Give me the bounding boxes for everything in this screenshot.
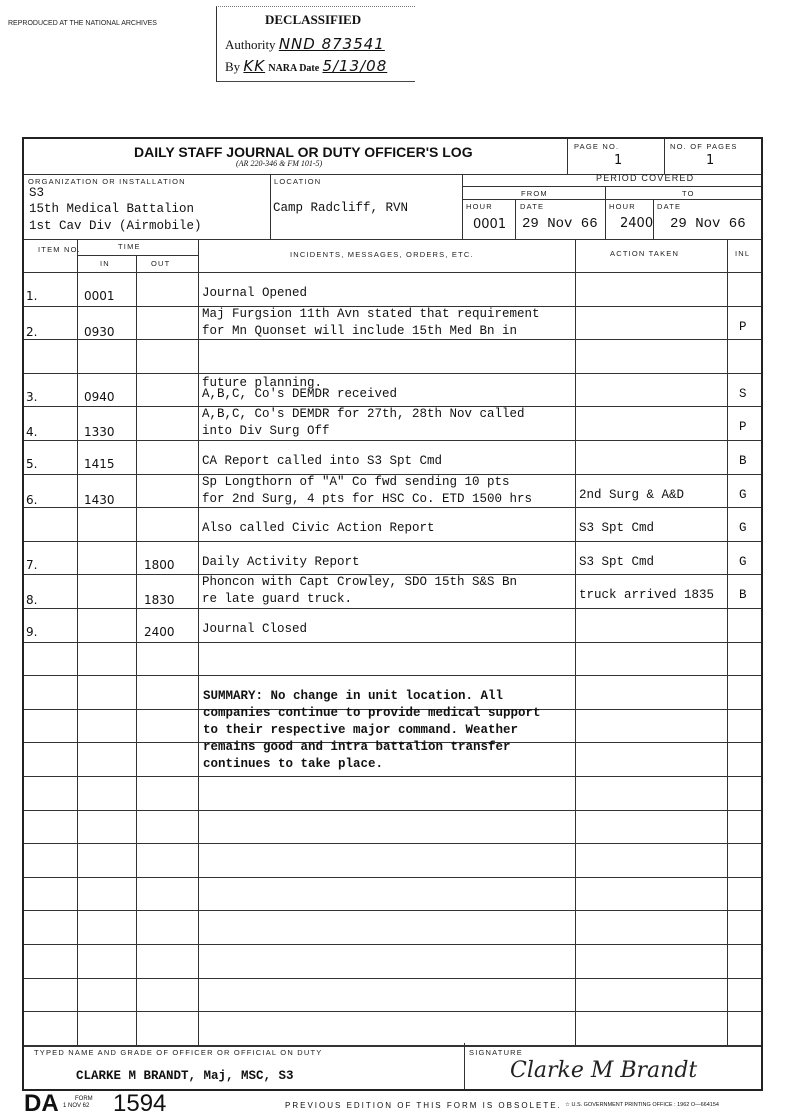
archive-note: REPRODUCED AT THE NATIONAL ARCHIVES [8, 20, 157, 27]
incident-text: Sp Longthorn of "A" Co fwd sending 10 pt… [202, 475, 510, 489]
time-in: 1415 [84, 457, 115, 471]
by-label: By [225, 59, 240, 74]
time-in: 1430 [84, 493, 115, 507]
inl-initial: G [739, 555, 747, 569]
table-row [24, 272, 761, 306]
daily-staff-journal-form: DAILY STAFF JOURNAL OR DUTY OFFICER'S LO… [22, 137, 763, 1047]
item-number: 8. [26, 593, 37, 607]
inl-initial: G [739, 521, 747, 535]
time-out: 2400 [144, 625, 175, 639]
by-line: By KK NARA Date 5/13/08 [225, 57, 387, 75]
location-label: LOCATION [274, 177, 321, 186]
inl-header: INL [735, 249, 750, 258]
authority-value: NND 873541 [279, 35, 385, 53]
item-number: 5. [26, 457, 37, 471]
inl-initial: P [739, 320, 747, 334]
form-date: 1 NOV 62 [63, 1103, 93, 1110]
from-date: 29 Nov 66 [522, 216, 598, 232]
item-no-header: ITEM NO. [38, 245, 81, 254]
signature-block: TYPED NAME AND GRADE OF OFFICER OR OFFIC… [22, 1043, 763, 1091]
form-label: FORM [63, 1096, 93, 1103]
incident-text: A,B,C, Co's DEMDR for 27th, 28th Nov cal… [202, 407, 525, 421]
from-hour: 0001 [473, 217, 506, 232]
summary-line: to their respective major command. Weath… [203, 723, 518, 737]
authority-label: Authority [225, 37, 276, 52]
incident-text: for 2nd Surg, 4 pts for HSC Co. ETD 1500… [202, 492, 532, 506]
incident-text: Maj Furgsion 11th Avn stated that requir… [202, 307, 540, 321]
action-taken: S3 Spt Cmd [579, 521, 654, 535]
nara-date-label: NARA Date [268, 63, 319, 74]
inl-initial: B [739, 588, 747, 602]
signature-label: SIGNATURE [469, 1048, 523, 1057]
incident-text: Journal Opened [202, 286, 307, 300]
incident-text: Phoncon with Capt Crowley, SDO 15th S&S … [202, 575, 517, 589]
inl-initial: B [739, 454, 747, 468]
organization-line-3: 1st Cav Div (Airmobile) [29, 219, 202, 233]
action-taken: 2nd Surg & A&D [579, 488, 684, 502]
inl-initial: S [739, 387, 747, 401]
time-header: TIME [118, 242, 141, 251]
time-out: 1830 [144, 593, 175, 607]
summary-line: companies continue to provide medical su… [203, 706, 541, 720]
item-number: 6. [26, 493, 37, 507]
incident-text: CA Report called into S3 Spt Cmd [202, 454, 442, 468]
time-in: 0930 [84, 325, 115, 339]
form-label-block: FORM 1 NOV 62 [63, 1096, 93, 1110]
inl-initial: P [739, 420, 747, 434]
inl-initial: G [739, 488, 747, 502]
from-hour-label: HOUR [466, 202, 493, 211]
nara-date-value: 5/13/08 [322, 57, 387, 75]
item-number: 2. [26, 325, 37, 339]
organization-label: ORGANIZATION OR INSTALLATION [28, 177, 186, 186]
time-in: 0001 [84, 289, 115, 303]
declassified-title: DECLASSIFIED [265, 12, 361, 28]
incident-text: A,B,C, Co's DEMDR received [202, 387, 397, 401]
item-number: 3. [26, 390, 37, 404]
time-out-header: OUT [151, 259, 170, 268]
incident-text: Daily Activity Report [202, 555, 360, 569]
incident-text: re late guard truck. [202, 592, 352, 606]
form-title: DAILY STAFF JOURNAL OR DUTY OFFICER'S LO… [134, 144, 473, 160]
incident-text: into Div Surg Off [202, 424, 330, 438]
obsolete-note: PREVIOUS EDITION OF THIS FORM IS OBSOLET… [285, 1101, 562, 1110]
period-covered-label: PERIOD COVERED [596, 173, 694, 183]
period-to-label: TO [682, 189, 695, 198]
table-row [24, 608, 761, 642]
time-in: 1330 [84, 425, 115, 439]
by-value: KK [243, 57, 265, 75]
item-number: 1. [26, 289, 37, 303]
time-in-header: IN [100, 259, 110, 268]
form-subtitle: (AR 220-346 & FM 101-5) [236, 159, 322, 168]
no-of-pages-label: NO. OF PAGES [670, 142, 738, 151]
item-number: 4. [26, 425, 37, 439]
incident-text: Also called Civic Action Report [202, 521, 435, 535]
declassification-stamp: DECLASSIFIED Authority NND 873541 By KK … [216, 6, 415, 82]
page-no-label: PAGE NO. [574, 142, 619, 151]
to-date: 29 Nov 66 [670, 216, 746, 232]
page-no: 1 [614, 153, 622, 168]
to-hour: 2400 [620, 216, 653, 231]
location-value: Camp Radcliff, RVN [273, 201, 408, 215]
action-taken-header: ACTION TAKEN [610, 249, 679, 258]
printing-note: ☆ U.S. GOVERNMENT PRINTING OFFICE : 1962… [565, 1102, 719, 1108]
from-date-label: DATE [520, 202, 544, 211]
action-taken: S3 Spt Cmd [579, 555, 654, 569]
to-date-label: DATE [657, 202, 681, 211]
action-taken: truck arrived 1835 [579, 588, 714, 602]
organization-line-2: 15th Medical Battalion [29, 202, 194, 216]
officer-label: TYPED NAME AND GRADE OF OFFICER OR OFFIC… [34, 1048, 322, 1057]
signature: Clarke M Brandt [510, 1058, 697, 1083]
authority-line: Authority NND 873541 [225, 35, 385, 53]
incident-text: Journal Closed [202, 622, 307, 636]
organization-line-1: S3 [29, 186, 44, 200]
time-out: 1800 [144, 558, 175, 572]
to-hour-label: HOUR [609, 202, 636, 211]
form-number: 1594 [113, 1090, 166, 1116]
item-number: 9. [26, 625, 37, 639]
no-of-pages: 1 [706, 153, 714, 168]
officer-name: CLARKE M BRANDT, Maj, MSC, S3 [76, 1069, 294, 1083]
period-from-label: FROM [521, 189, 548, 198]
incident-text: for Mn Quonset will include 15th Med Bn … [202, 324, 517, 338]
item-number: 7. [26, 558, 37, 572]
summary-line: SUMMARY: No change in unit location. All [203, 689, 503, 703]
incidents-header: INCIDENTS, MESSAGES, ORDERS, ETC. [290, 250, 474, 259]
summary-line: continues to take place. [203, 757, 383, 771]
summary-line: remains good and intra battalion transfe… [203, 740, 511, 754]
time-in: 0940 [84, 390, 115, 404]
form-da: DA [24, 1090, 59, 1116]
